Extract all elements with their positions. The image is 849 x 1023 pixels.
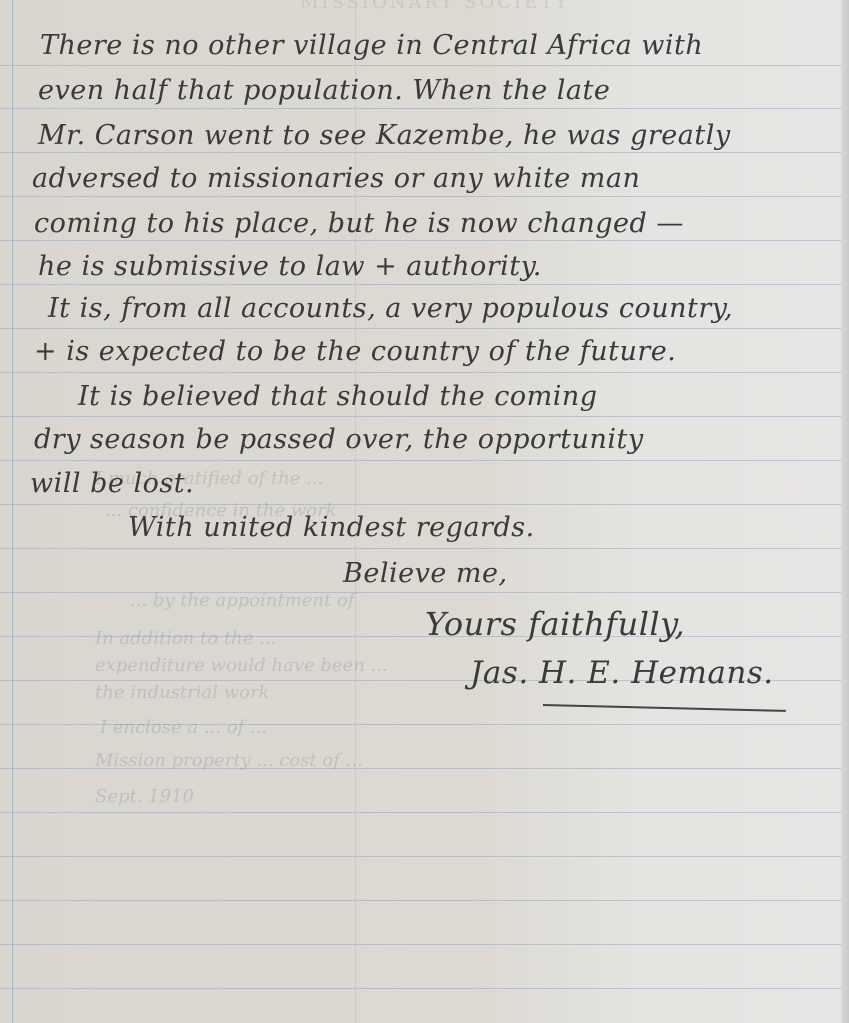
letter-line: will be lost. <box>30 468 194 499</box>
ruled-line <box>0 812 849 813</box>
bleed-through-text: ... by the appointment of <box>130 590 354 611</box>
bleed-through-text: In addition to the ... <box>95 628 276 649</box>
letter-line: he is submissive to law + authority. <box>38 251 542 282</box>
ruled-line <box>0 328 849 329</box>
letter-line: even half that population. When the late <box>38 75 610 106</box>
closing-regards: With united kindest regards. <box>128 512 535 543</box>
letter-line: + is expected to be the country of the f… <box>34 336 676 367</box>
page-edge <box>841 0 849 1023</box>
ruled-line <box>0 65 849 66</box>
ruled-line <box>0 372 849 373</box>
margin-line <box>12 0 13 1023</box>
ruled-line <box>0 152 849 153</box>
letter-line: adversed to missionaries or any white ma… <box>32 163 640 194</box>
signature-underline <box>543 704 786 712</box>
ruled-line <box>0 944 849 945</box>
bleed-through-text: expenditure would have been ... <box>95 655 388 676</box>
ruled-line <box>0 988 849 989</box>
closing-believe: Believe me, <box>343 558 508 589</box>
ruled-line <box>0 108 849 109</box>
ruled-line <box>0 900 849 901</box>
ruled-line <box>0 548 849 549</box>
valediction: Yours faithfully, <box>425 605 685 643</box>
letter-line: dry season be passed over, the opportuni… <box>34 424 644 455</box>
letter-line: Mr. Carson went to see Kazembe, he was g… <box>38 120 731 151</box>
ruled-line <box>0 460 849 461</box>
bleed-through-text: I enclose a ... of ... <box>100 717 267 738</box>
letter-line: It is, from all accounts, a very populou… <box>48 293 733 324</box>
faint-letterhead: MISSIONARY SOCIETY <box>300 0 570 13</box>
ruled-line <box>0 592 849 593</box>
letter-line: There is no other village in Central Afr… <box>40 30 703 61</box>
ruled-line <box>0 240 849 241</box>
bleed-through-text: the industrial work <box>95 682 269 703</box>
ruled-line <box>0 856 849 857</box>
ruled-line <box>0 284 849 285</box>
letter-line: It is believed that should the coming <box>78 381 598 412</box>
signature: Jas. H. E. Hemans. <box>470 655 774 691</box>
letter-line: coming to his place, but he is now chang… <box>34 208 684 239</box>
bleed-through-text: Mission property ... cost of ... <box>95 750 363 771</box>
letter-page: MISSIONARY SOCIETY I much gratified of t… <box>0 0 849 1023</box>
ruled-line <box>0 416 849 417</box>
ruled-line <box>0 196 849 197</box>
bleed-through-text: Sept. 1910 <box>95 786 194 807</box>
